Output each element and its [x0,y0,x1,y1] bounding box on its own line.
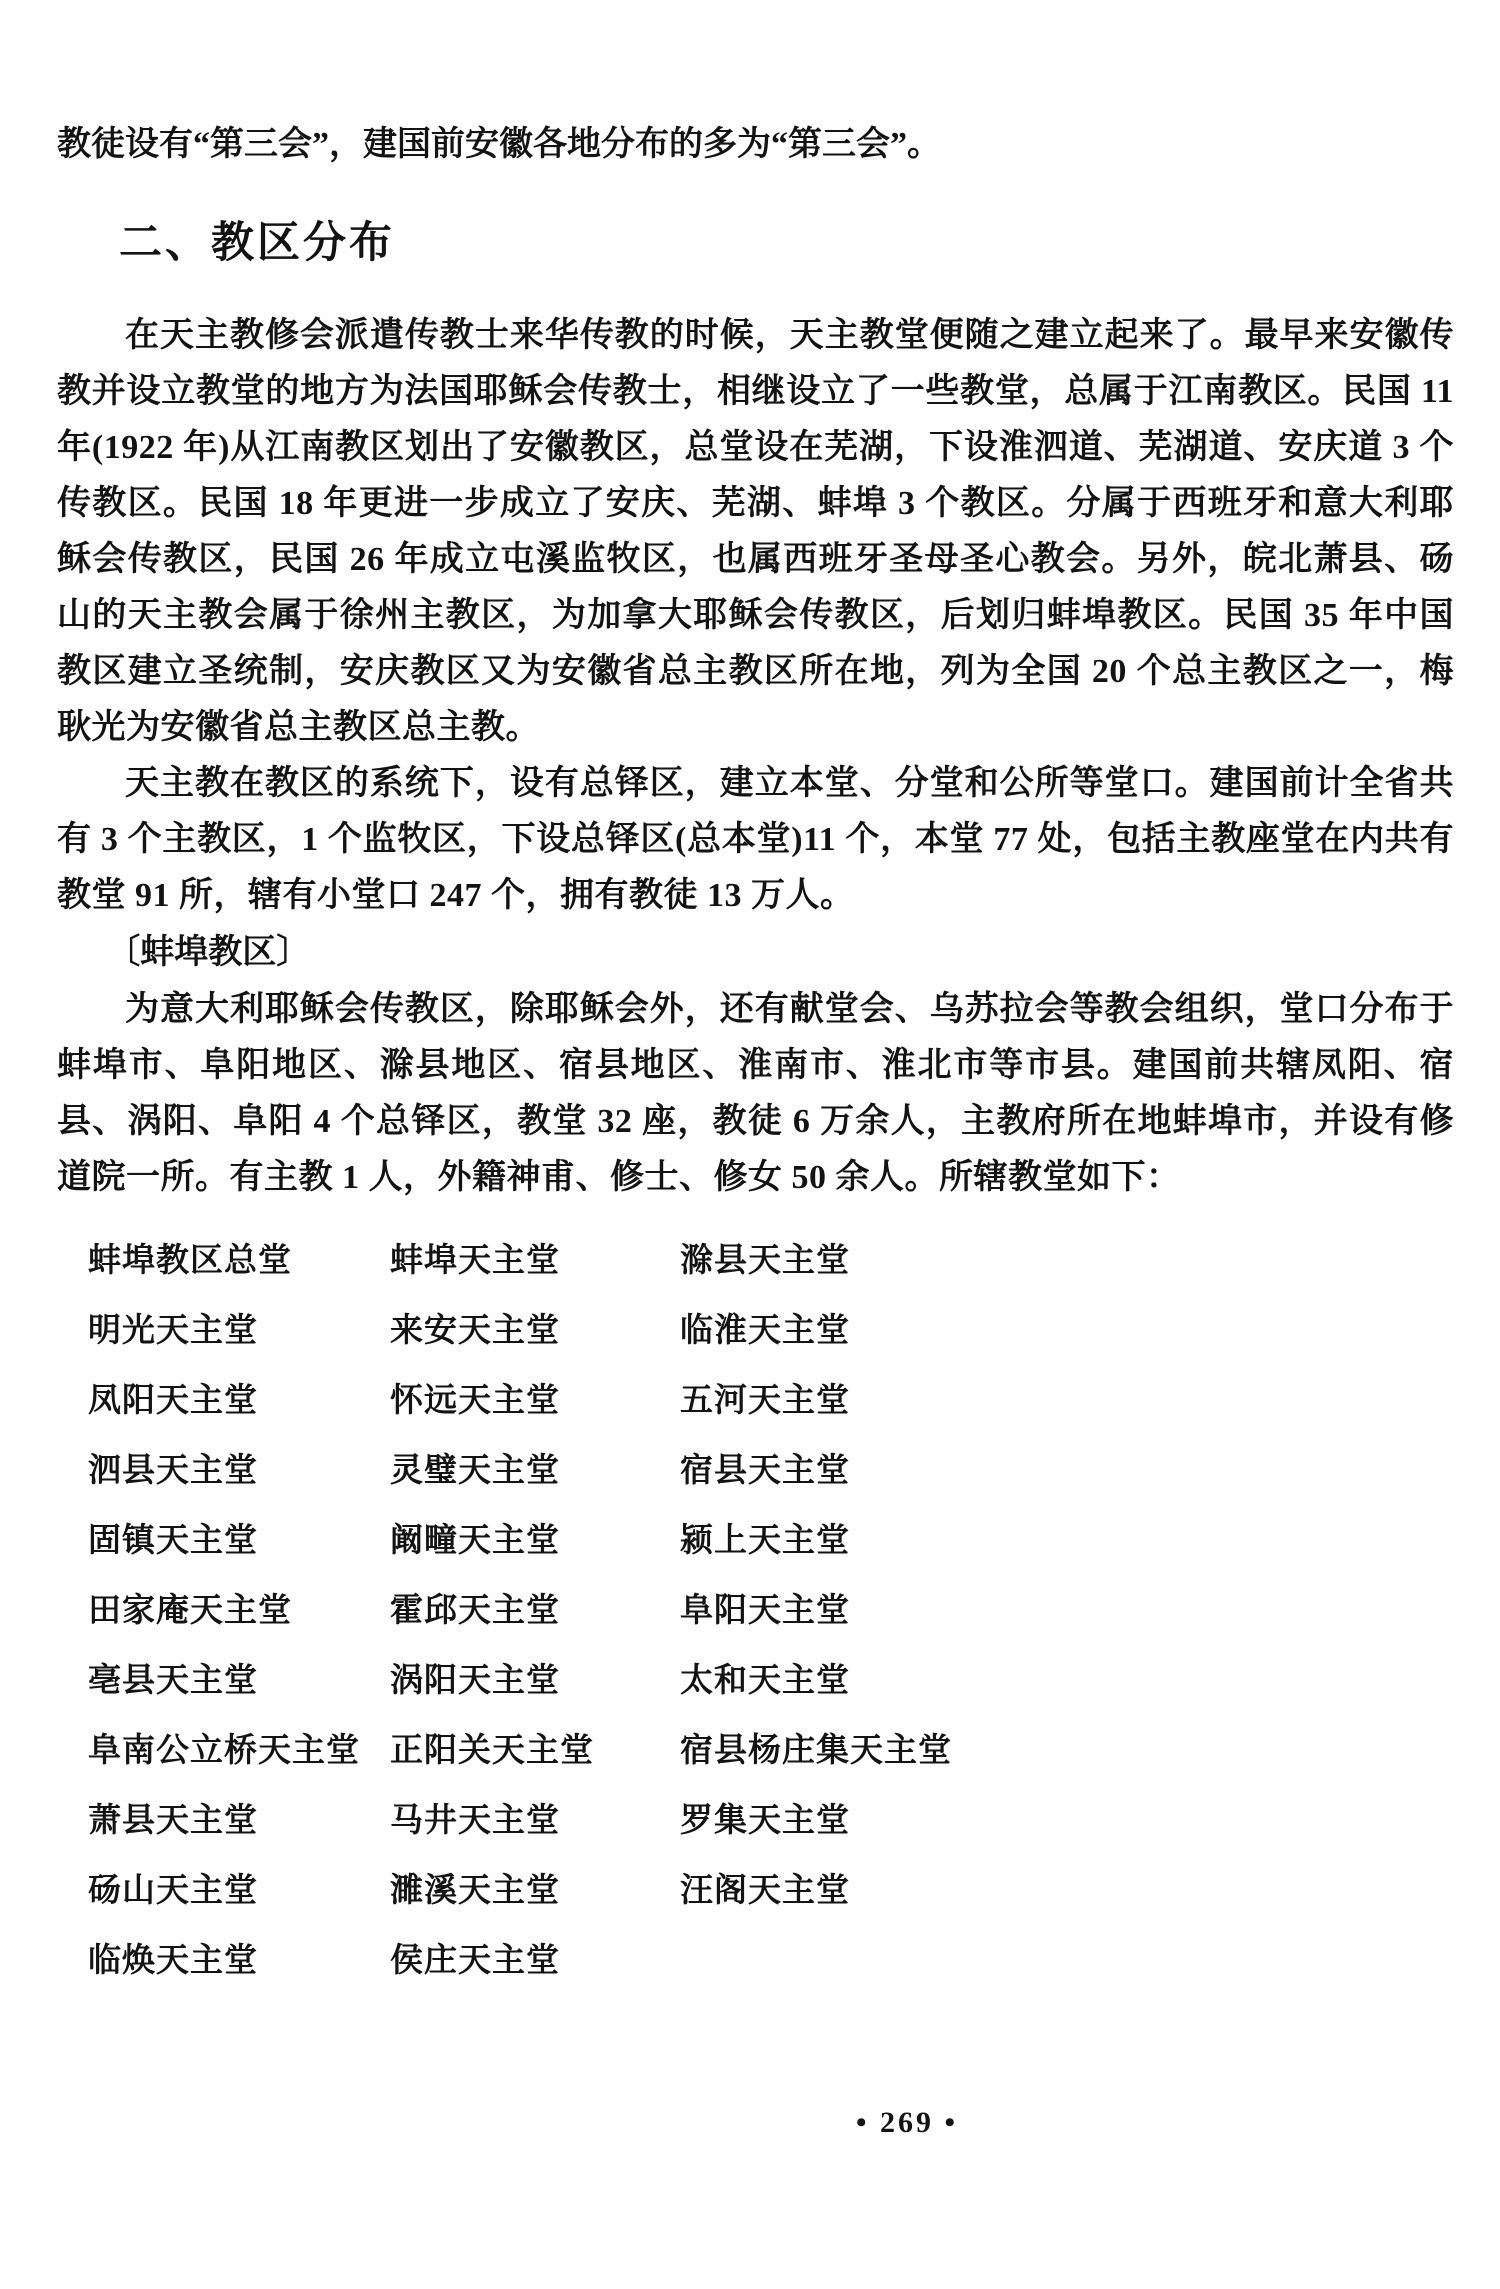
church-name: 明光天主堂 [88,1304,390,1351]
church-name: 泗县天主堂 [88,1444,390,1491]
church-name: 田家庵天主堂 [88,1584,390,1631]
church-name: 蚌埠教区总堂 [88,1234,390,1281]
page-content: 教徒设有“第三会”，建国前安徽各地分布的多为“第三会”。 二、教区分布 在天主教… [0,0,1500,1992]
table-row: 阜南公立桥天主堂 正阳关天主堂 宿县杨庄集天主堂 [88,1712,1454,1782]
church-name: 涡阳天主堂 [390,1654,680,1701]
church-name: 颍上天主堂 [680,1514,1454,1561]
table-row: 临焕天主堂 侯庄天主堂 [88,1922,1454,1992]
church-name: 马井天主堂 [390,1794,680,1841]
church-name: 霍邱天主堂 [390,1584,680,1631]
church-name: 侯庄天主堂 [390,1934,680,1981]
church-name: 临焕天主堂 [88,1934,390,1981]
church-name: 濉溪天主堂 [390,1864,680,1911]
table-row: 明光天主堂 来安天主堂 临淮天主堂 [88,1292,1454,1362]
church-name: 怀远天主堂 [390,1374,680,1421]
table-row: 蚌埠教区总堂 蚌埠天主堂 滁县天主堂 [88,1222,1454,1292]
table-row: 凤阳天主堂 怀远天主堂 五河天主堂 [88,1362,1454,1432]
section-heading: 二、教区分布 [119,216,1454,272]
church-name: 亳县天主堂 [88,1654,390,1701]
church-name: 固镇天主堂 [88,1514,390,1561]
church-name: 五河天主堂 [680,1374,1454,1421]
church-name: 宿县杨庄集天主堂 [680,1724,1454,1771]
church-name: 阚疃天主堂 [390,1514,680,1561]
church-name: 正阳关天主堂 [390,1724,680,1771]
church-name: 来安天主堂 [390,1304,680,1351]
church-table: 蚌埠教区总堂 蚌埠天主堂 滁县天主堂 明光天主堂 来安天主堂 临淮天主堂 凤阳天… [88,1222,1454,1992]
table-row: 固镇天主堂 阚疃天主堂 颍上天主堂 [88,1502,1454,1572]
subsection-label-bengbu: 〔蚌埠教区〕 [57,924,1454,982]
paragraph-diocese-statistics: 天主教在教区的系统下，设有总铎区，建立本堂、分堂和公所等堂口。建国前计全省共有 … [57,756,1454,924]
church-name: 阜阳天主堂 [680,1584,1454,1631]
church-name: 阜南公立桥天主堂 [88,1724,390,1771]
church-name: 太和天主堂 [680,1654,1454,1701]
paragraph-diocese-history: 在天主教修会派遣传教士来华传教的时候，天主教堂便随之建立起来了。最早来安徽传教并… [57,308,1454,756]
church-name: 砀山天主堂 [88,1864,390,1911]
church-name: 凤阳天主堂 [88,1374,390,1421]
table-row: 萧县天主堂 马井天主堂 罗集天主堂 [88,1782,1454,1852]
table-row: 亳县天主堂 涡阳天主堂 太和天主堂 [88,1642,1454,1712]
church-name: 滁县天主堂 [680,1234,1454,1281]
church-name: 蚌埠天主堂 [390,1234,680,1281]
table-row: 田家庵天主堂 霍邱天主堂 阜阳天主堂 [88,1572,1454,1642]
table-row: 砀山天主堂 濉溪天主堂 汪阁天主堂 [88,1852,1454,1922]
paragraph-bengbu-diocese: 为意大利耶稣会传教区，除耶稣会外，还有献堂会、乌苏拉会等教会组织，堂口分布于蚌埠… [57,982,1454,1206]
church-name: 罗集天主堂 [680,1794,1454,1841]
church-name: 灵璧天主堂 [390,1444,680,1491]
table-row: 泗县天主堂 灵璧天主堂 宿县天主堂 [88,1432,1454,1502]
church-name: 汪阁天主堂 [680,1864,1454,1911]
document-page: 教徒设有“第三会”，建国前安徽各地分布的多为“第三会”。 二、教区分布 在天主教… [0,0,1500,2289]
intro-line: 教徒设有“第三会”，建国前安徽各地分布的多为“第三会”。 [57,116,1454,174]
church-name: 萧县天主堂 [88,1794,390,1841]
church-name: 临淮天主堂 [680,1304,1454,1351]
church-name: 宿县天主堂 [680,1444,1454,1491]
page-number: • 269 • [856,2106,958,2140]
